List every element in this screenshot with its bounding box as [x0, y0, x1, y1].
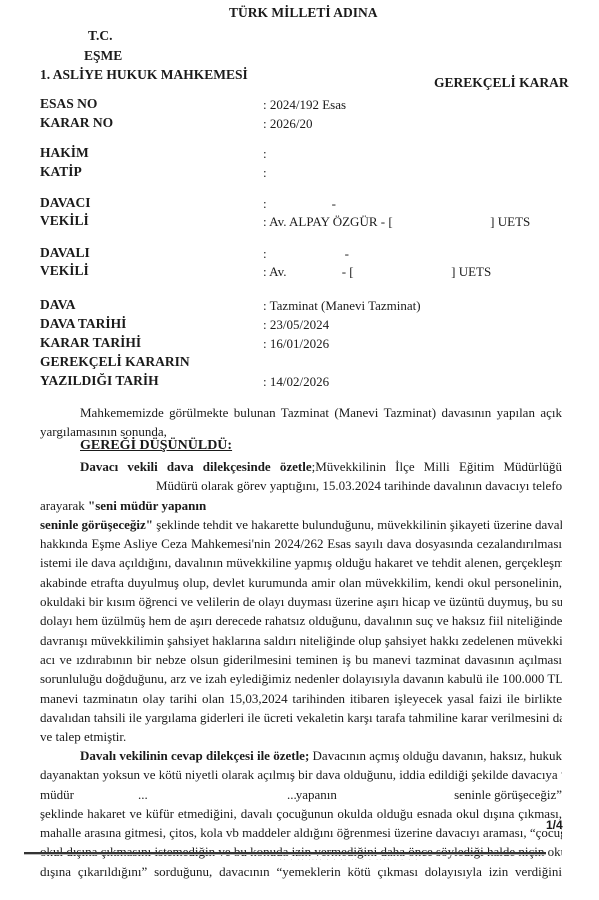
footer-divider: [24, 852, 546, 855]
label-davali-vekili: VEKİLİ: [40, 263, 89, 279]
document-type: GEREKÇELİ KARAR: [434, 75, 569, 91]
nation-heading: TÜRK MİLLETİ ADINA: [229, 5, 378, 21]
plaintiff-line: manevi tazminatın olay tarihi olan 15,03…: [40, 689, 562, 708]
label-davali: DAVALI: [40, 245, 90, 261]
value-dava-tarihi: : 23/05/2024: [263, 317, 329, 333]
defendant-line: dışına çıkarıldığını” sorduğunu, davacın…: [40, 862, 562, 881]
plaintiff-line: arayarak "seni müdür yapanın: [40, 496, 562, 515]
page-number: 1/4: [546, 818, 563, 832]
ellipsis: ...: [138, 785, 148, 804]
plaintiff-line: sorunluluğu doğduğunu, arz ve izah eyled…: [40, 669, 562, 688]
label-davaci: DAVACI: [40, 195, 91, 211]
plaintiff-line: acı ve ızdırabının bir nebze olsun gider…: [40, 650, 562, 669]
value-karar-no: : 2026/20: [263, 116, 312, 132]
plaintiff-text: şeklinde tehdit ve hakarette bulunduğunu…: [156, 517, 562, 532]
plaintiff-text: arayarak: [40, 498, 88, 513]
value-karar-tarihi: : 16/01/2026: [263, 336, 329, 352]
court-name: 1. ASLİYE HUKUK MAHKEMESİ: [40, 67, 248, 83]
value-davaci-vekili: : Av. ALPAY ÖZGÜR - [ ] UETS: [263, 214, 530, 230]
plaintiff-line: okuldaki bir kısım öğrenci ve velilerin …: [40, 592, 562, 611]
defendant-line: Davalı vekilinin cevap dilekçesi ile öze…: [40, 746, 562, 765]
plaintiff-line: seninle görüşeceğiz" şeklinde tehdit ve …: [40, 515, 562, 534]
plaintiff-paragraph: Davacı vekili dava dilekçesinde özetle;M…: [40, 457, 562, 746]
plaintiff-line: davalıdan tahsili ile yargılama giderler…: [40, 708, 562, 727]
quoted-threat-start: "seni müdür yapanın: [88, 498, 206, 513]
value-davaci: : -: [263, 196, 339, 212]
label-katip: KATİP: [40, 164, 82, 180]
label-dava: DAVA: [40, 297, 76, 313]
plaintiff-lead: Davacı vekili dava dilekçesinde özetle: [80, 459, 312, 474]
defendant-line: mahalle arasına gitmesi, çitos, kola vb …: [40, 823, 562, 842]
value-esas-no: : 2024/192 Esas: [263, 97, 346, 113]
defendant-line: şeklinde hakaret ve küfür etmediğini, da…: [40, 804, 562, 823]
defendant-text: Davacının açmış olduğu davanın, haksız, …: [309, 748, 562, 763]
quoted-threat-end: seninle görüşeceğiz": [40, 517, 153, 532]
value-katip: :: [263, 165, 267, 181]
plaintiff-line: davranışı müvekkilimin şahsiyet hakların…: [40, 631, 562, 650]
defendant-lead: Davalı vekilinin cevap dilekçesi ile öze…: [80, 748, 309, 763]
label-karar-tarihi: KARAR TARİHİ: [40, 335, 141, 351]
footer-faint-text: ·· · ·· ···· · · ·· ·· · · ···· · · · ·: [280, 857, 419, 863]
defendant-line: müdür yapanın ... ... seninle görüşeceği…: [40, 785, 562, 804]
label-davaci-vekili: VEKİLİ: [40, 213, 89, 229]
label-gerekceli-kararin: GEREKÇELİ KARARIN: [40, 354, 190, 370]
plaintiff-line: hakkında Eşme Asliye Ceza Mahkemesi'nin …: [40, 534, 562, 553]
tc-heading: T.C.: [88, 28, 113, 44]
value-hakim: :: [263, 146, 267, 162]
value-yazildigi-tarih: : 14/02/2026: [263, 374, 329, 390]
defendant-text: seninle görüşeceğiz”: [454, 785, 562, 804]
label-dava-tarihi: DAVA TARİHİ: [40, 316, 126, 332]
label-esas-no: ESAS NO: [40, 96, 97, 112]
city-heading: EŞME: [84, 48, 122, 64]
label-yazildigi-tarih: YAZILDIĞI TARİH: [40, 373, 159, 389]
defendant-line: dayanaktan yoksun ve kötü niyetli olarak…: [40, 765, 562, 784]
plaintiff-line: Davacı vekili dava dilekçesinde özetle;M…: [40, 457, 562, 476]
intro-line: Mahkememizde görülmekte bulunan Tazminat…: [40, 403, 562, 422]
plaintiff-line: ve talep etmiştir.: [40, 727, 562, 746]
ellipsis: ...: [287, 785, 297, 804]
plaintiff-line: dolayı hem üzülmüş hem de aşırı derecede…: [40, 611, 562, 630]
section-heading: GEREĞİ DÜŞÜNÜLDÜ:: [80, 438, 232, 454]
plaintiff-line: akabinde etrafta duyulmuş olup, devlet k…: [40, 573, 562, 592]
plaintiff-text: ;Müvekkilinin İlçe Milli Eğitim Müdürlüğ…: [312, 459, 562, 474]
plaintiff-line: istemi ile dava açıldığını, davalının mü…: [40, 553, 562, 572]
plaintiff-line: Müdürü olarak görev yaptığını, 15.03.202…: [40, 476, 562, 495]
label-karar-no: KARAR NO: [40, 115, 113, 131]
value-davali-vekili: : Av. - [ ] UETS: [263, 264, 491, 280]
value-davali: : -: [263, 246, 349, 262]
value-dava: : Tazminat (Manevi Tazminat): [263, 298, 421, 314]
intro-paragraph: Mahkememizde görülmekte bulunan Tazminat…: [40, 403, 562, 442]
label-hakim: HAKİM: [40, 145, 89, 161]
